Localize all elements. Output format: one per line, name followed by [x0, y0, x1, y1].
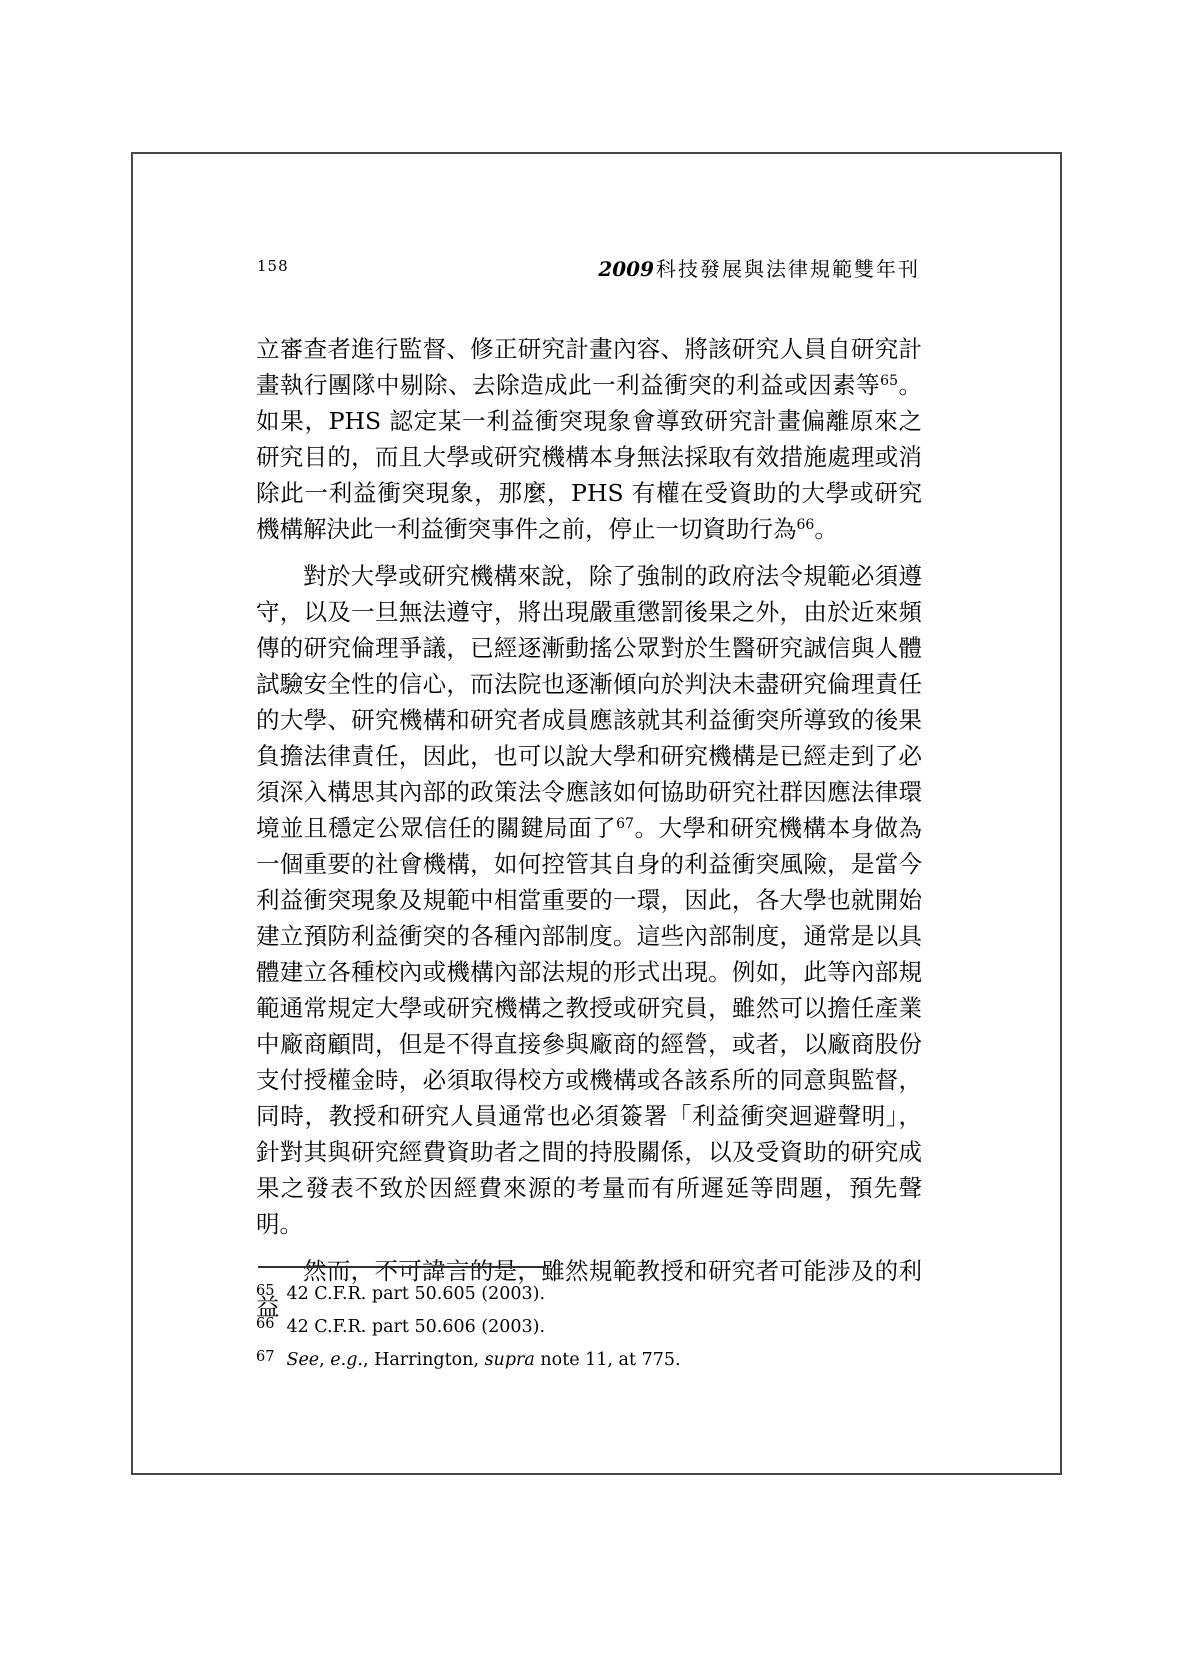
footnote-item: 67See, e.g., Harrington, supra note 11, …: [256, 1342, 926, 1375]
paragraph: 立審查者進行監督、修正研究計畫內容、將該研究人員自研究計畫執行團隊中剔除、去除造…: [256, 331, 922, 547]
footnote-list: 6542 C.F.R. part 50.605 (2003).6642 C.F.…: [256, 1276, 926, 1375]
paragraph: 對於大學或研究機構來說，除了強制的政府法令規範必須遵守，以及一旦無法遵守，將出現…: [256, 558, 922, 1242]
page-number: 158: [257, 257, 289, 275]
body-text: 立審查者進行監督、修正研究計畫內容、將該研究人員自研究計畫執行團隊中剔除、去除造…: [256, 331, 922, 1336]
footnote-ref: 66: [797, 517, 815, 533]
footnote-ref: 67: [616, 816, 634, 832]
scanned-page: 158 2009科技發展與法律規範雙年刊 立審查者進行監督、修正研究計畫內容、將…: [0, 0, 1177, 1664]
footnote-separator: [258, 1266, 546, 1268]
journal-year: 2009: [598, 257, 654, 281]
footnote-number: 65: [256, 1276, 274, 1306]
footnote-item: 6642 C.F.R. part 50.606 (2003).: [256, 1309, 926, 1342]
footnote-item: 6542 C.F.R. part 50.605 (2003).: [256, 1276, 926, 1309]
journal-header: 2009科技發展與法律規範雙年刊: [598, 253, 920, 282]
journal-title: 科技發展與法律規範雙年刊: [656, 257, 920, 281]
footnote-number: 67: [256, 1342, 274, 1372]
footnote-ref: 65: [880, 373, 898, 389]
footnote-number: 66: [256, 1309, 274, 1339]
